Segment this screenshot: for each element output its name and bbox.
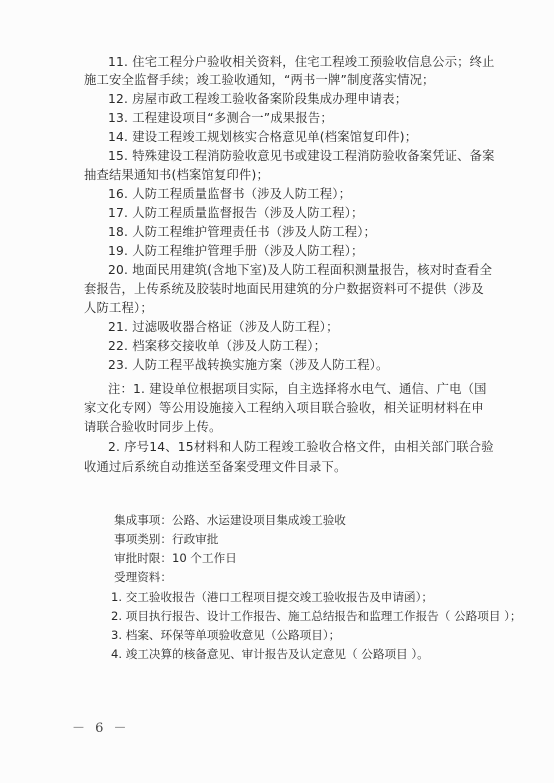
list-item-20: 20. 地面民用建筑(含地下室)及人防工程面积测量报告，核对时查看全 [108, 262, 492, 278]
list-item-20-cont2: 人防工程）； [84, 300, 153, 316]
material-3: 3. 档案、环保等单项验收意见（公路项目）； [111, 627, 340, 643]
material-1: 1. 交工验收报告（港口工程项目提交竣工验收报告及申请函）； [111, 589, 433, 605]
material-4: 4. 竣工决算的核备意见、审计报告及认定意见（ 公路项目 ）。 [111, 646, 429, 662]
list-item-14: 14. 建设工程竣工规划核实合格意见单(档案馆复印件)； [108, 129, 417, 145]
note-1-cont2: 请联合验收时同步上传。 [84, 419, 221, 435]
list-item-17: 17. 人防工程质量监督报告（涉及人防工程）； [108, 205, 364, 221]
note-1: 注：1. 建设单位根据项目实际，自主选择将水电气、通信、广电（国 [108, 381, 487, 397]
list-item-15: 15. 特殊建设工程消防验收意见书或建设工程消防验收备案凭证、备案 [108, 148, 495, 164]
note-2-cont: 收通过后系统自动推送至备案受理文件目录下。 [84, 459, 346, 475]
list-item-20-cont1: 套报告，上传系统及胶装时地面民用建筑的分户数据资料可不提供（涉及 [84, 281, 484, 297]
list-item-13: 13. 工程建设项目“多测合一”成果报告； [108, 110, 333, 126]
list-item-18: 18. 人防工程维护管理责任书（涉及人防工程）； [108, 224, 376, 240]
list-item-21: 21. 过滤吸收器合格证（涉及人防工程）； [108, 319, 339, 335]
material-2: 2. 项目执行报告、设计工作报告、施工总结报告和监理工作报告（ 公路项目 ）； [111, 608, 522, 624]
materials-label: 受理资料： [114, 569, 172, 585]
list-item-22: 22. 档案移交接收单（涉及人防工程）； [108, 338, 326, 354]
list-item-23: 23. 人防工程平战转换实施方案（涉及人防工程）。 [108, 357, 389, 373]
item-category: 事项类别：行政审批 [114, 531, 218, 547]
list-item-19: 19. 人防工程维护管理手册（涉及人防工程）； [108, 243, 364, 259]
list-item-15-cont: 抽查结果通知书(档案馆复印件)； [84, 167, 269, 183]
page-number: － 6 － [72, 717, 130, 736]
approval-time-limit: 审批时限：10 个工作日 [114, 550, 237, 566]
list-item-12: 12. 房屋市政工程竣工验收备案阶段集成办理申请表； [108, 91, 407, 107]
document-page: 11. 住宅工程分户验收相关资料，住宅工程竣工预验收信息公示；终止 施工安全监督… [0, 0, 554, 783]
list-item-16: 16. 人防工程质量监督书（涉及人防工程）； [108, 186, 351, 202]
list-item-11-cont: 施工安全监督手续；竣工验收通知，“两书一牌”制度落实情况； [84, 72, 435, 88]
note-1-cont1: 家文化专网）等公用设施接入工程纳入项目联合验收，相关证明材料在申 [84, 400, 484, 416]
note-2: 2. 序号14、15材料和人防工程竣工验收合格文件，由相关部门联合验 [108, 439, 494, 455]
integrated-item: 集成事项：公路、水运建设项目集成竣工验收 [114, 512, 346, 528]
list-item-11: 11. 住宅工程分户验收相关资料，住宅工程竣工预验收信息公示；终止 [108, 54, 495, 70]
